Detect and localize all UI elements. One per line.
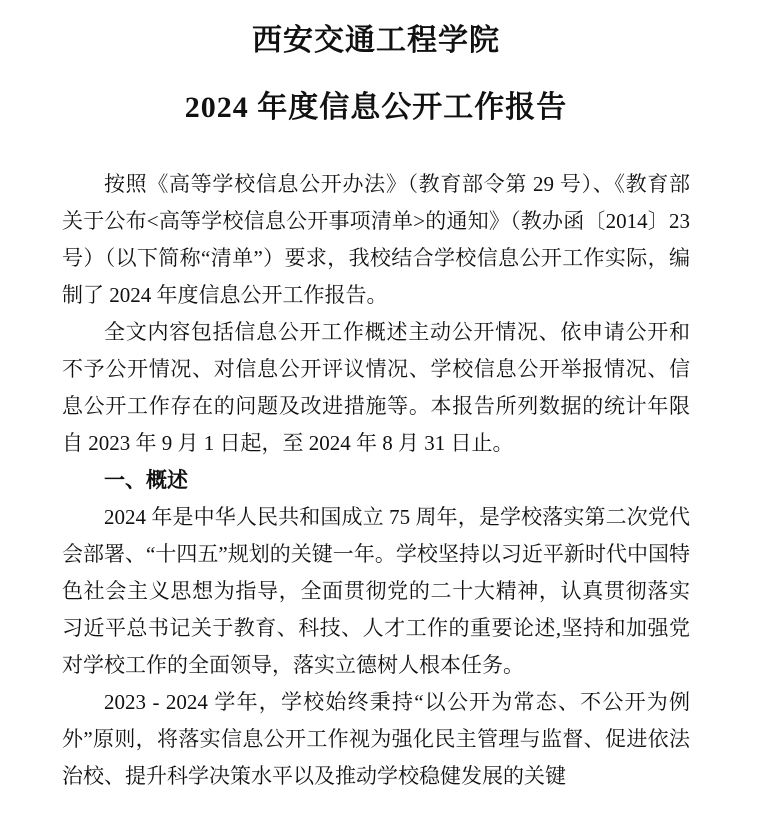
document-title-report: 2024 年度信息公开工作报告 — [62, 91, 690, 125]
document-body: 按照《高等学校信息公开办法》（教育部令第 29 号）、《教育部关于公布<高等学校… — [62, 166, 690, 795]
body-paragraph: 2023 - 2024 学年，学校始终秉持“以公开为常态、不公开为例外”原则，将… — [62, 684, 690, 795]
document-page: 西安交通工程学院 2024 年度信息公开工作报告 按照《高等学校信息公开办法》（… — [0, 0, 768, 837]
section-heading: 一、概述 — [62, 462, 690, 499]
body-paragraph: 按照《高等学校信息公开办法》（教育部令第 29 号）、《教育部关于公布<高等学校… — [62, 166, 690, 314]
body-paragraph: 全文内容包括信息公开工作概述主动公开情况、依申请公开和不予公开情况、对信息公开评… — [62, 314, 690, 462]
body-paragraph: 2024 年是中华人民共和国成立 75 周年，是学校落实第二次党代会部署、“十四… — [62, 499, 690, 684]
document-title-institution: 西安交通工程学院 — [62, 24, 690, 58]
